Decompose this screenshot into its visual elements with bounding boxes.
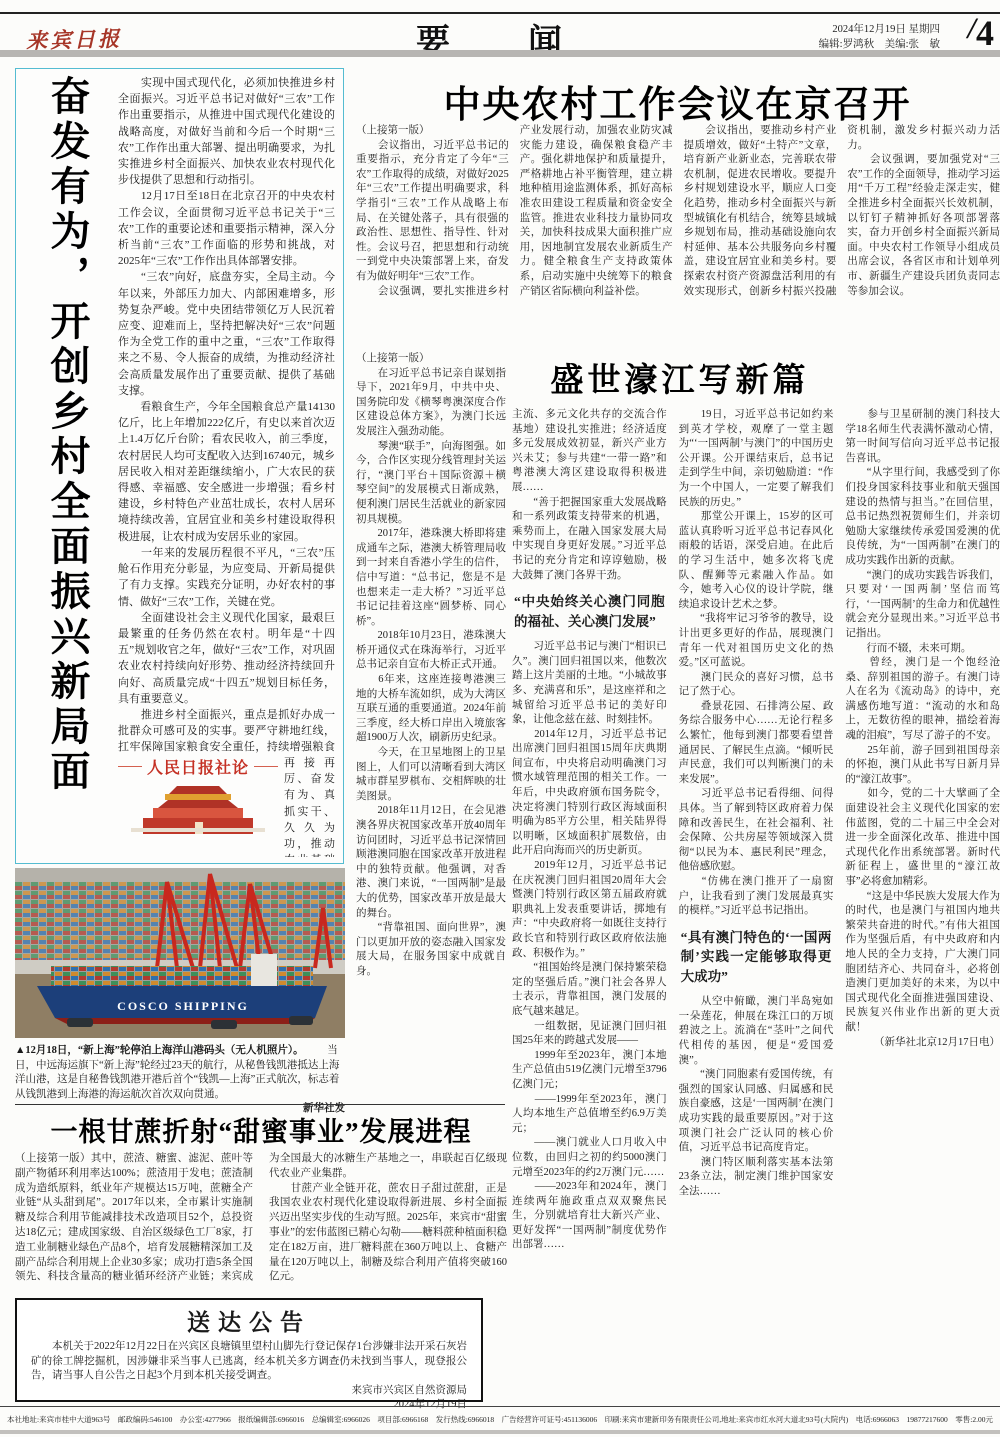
port-photo: COSCO SHIPPING: [15, 868, 345, 1038]
date-line: 2024年12月19日 星期四: [819, 22, 940, 37]
editorial-body-area: 实现中国式现代化，必须加快推进乡村全面振兴。习近平总书记对做好“三农”工作作出重…: [118, 75, 335, 857]
editorial-closing: 再接再厉、奋发有为、真抓实干、久久为功，推动农业基础更加稳固、农村地区更加繁荣、…: [284, 755, 335, 857]
footer-band: [0, 1430, 1000, 1434]
notice-body: 本机关于2022年12月22日在兴宾区良塘镇里望村山脚先行登记保存1台涉嫌非法开…: [31, 1340, 467, 1384]
ship-name-text: COSCO SHIPPING: [117, 999, 249, 1013]
footer-rule: [0, 1406, 1000, 1407]
tiananmen-graphic: [123, 778, 273, 840]
macau-column-3: 19日，习近平总书记如约来到英才学校，观摩了一堂主题为“‘一国两制’与澳门”的中…: [679, 408, 834, 1405]
macau-column-1: （上接第一版） 在习近平总书记亲自谋划指导下，2021年9月，中共中央、国务院印…: [356, 352, 506, 1104]
macau-col2-part-b: 习近平总书记与澳门“相识已久”。澳门回归祖国以来，他数次踏上这片美丽的土地。“小…: [512, 640, 667, 1253]
label-rule-left: [118, 766, 142, 767]
notice-box: 送达公告 本机关于2022年12月22日在兴宾区良塘镇里望村山脚先行登记保存1台…: [15, 1298, 483, 1402]
page-slash: /: [968, 12, 976, 45]
macau-col2-part-a: 主流、多元文化共存的交流合作基地）建设扎实推进；经济适度多元发展成效初显，新兴产…: [512, 408, 667, 583]
newspaper-page: 来宾日报 要 闻 2024年12月19日 星期四 编辑:罗鸿秋 美编:张 敏 /…: [0, 0, 1000, 1437]
page-number-value: 4: [976, 13, 994, 53]
section-divider: [15, 1104, 505, 1105]
sugarcane-headline: 一根甘蔗折射“甜蜜事业”发展进程: [15, 1110, 507, 1149]
caption-title: ▲12月18日，“新上海”轮停泊上海洋山港码头（无人机照片）。: [15, 1045, 304, 1056]
editorial-label: 人民日报社论: [118, 755, 278, 778]
macau-column-4: 参与卫星研制的澳门科技大学18名师生代表满怀激动心情，第一时间写信向习近平总书记…: [845, 408, 1000, 1405]
notice-signer: 来宾市兴宾区自然资源局: [31, 1384, 467, 1398]
rural-meeting-headline: 中央农村工作会议在京召开: [355, 74, 1000, 128]
sugarcane-body: （上接第一版）其中，蔗渣、糖蜜、滤泥、蔗叶等副产物循环利用率达100%；蔗渣用于…: [15, 1152, 507, 1292]
editorial-article: 奋发有为，开创乡村全面振兴新局面 实现中国式现代化，必须加快推进乡村全面振兴。习…: [15, 68, 344, 864]
macau-col3-part-a: 19日，习近平总书记如约来到英才学校，观摩了一堂主题为“‘一国两制’与澳门”的中…: [679, 408, 834, 919]
notice-title: 送达公告: [31, 1304, 467, 1337]
editorial-body: 实现中国式现代化，必须加快推进乡村全面振兴。习近平总书记对做好“三农”工作作出重…: [118, 75, 335, 753]
footer-info-line: 本社地址:来宾市桂中大道963号 邮政编码:546100 办公室:4277966…: [0, 1414, 1000, 1425]
macau-subhead-2: “具有澳门特色的‘一国两制’实践一定能够取得更大成功”: [681, 928, 832, 987]
macau-credit: （新华社北京12月17日电）: [845, 1036, 1000, 1051]
header-meta: 2024年12月19日 星期四 编辑:罗鸿秋 美编:张 敏: [819, 22, 940, 52]
peoples-daily-editorial-label-box: 人民日报社论: [118, 755, 278, 857]
label-rule-right: [254, 766, 278, 767]
editorial-footer-row: 人民日报社论 再接再厉、奋发有为、真抓实干、久久为功，推动农业基础更加稳固、农村…: [118, 755, 335, 857]
page-number: /4: [968, 12, 994, 54]
notice-date: 2024年12月19日: [31, 1398, 467, 1412]
macau-col4-body: 参与卫星研制的澳门科技大学18名师生代表满怀激动心情，第一时间写信向习近平总书记…: [845, 408, 1000, 1036]
rural-meeting-body: （上接第一版） 会议指出，习近平总书记的重要指示，充分肯定了今年“三农”工作取得…: [356, 124, 1000, 346]
photo-caption: ▲12月18日，“新上海”轮停泊上海洋山港码头（无人机照片）。 当日，中远海运旗…: [15, 1044, 345, 1117]
macau-column-2: 主流、多元文化共存的交流合作基地）建设扎实推进；经济适度多元发展成效初显，新兴产…: [512, 408, 667, 1405]
macau-subhead-1: “中央始终关心澳门同胞的福祉、关心澳门发展”: [514, 592, 665, 631]
macau-columns: 主流、多元文化共存的交流合作基地）建设扎实推进；经济适度多元发展成效初显，新兴产…: [512, 408, 1000, 1405]
editorial-label-text: 人民日报社论: [147, 755, 249, 778]
macau-col3-part-b: 从空中俯瞰，澳门半岛宛如一朵莲花，伸展在珠江口的万顷碧波之上。流淌在“茎叶”之间…: [679, 995, 834, 1199]
macau-headline: 盛世濠江写新篇: [512, 354, 848, 401]
container-port-photo-graphic: COSCO SHIPPING: [15, 868, 345, 1038]
editorial-vertical-headline: 奋发有为，开创乡村全面振兴新局面: [24, 75, 110, 857]
header-band: [0, 50, 1000, 57]
